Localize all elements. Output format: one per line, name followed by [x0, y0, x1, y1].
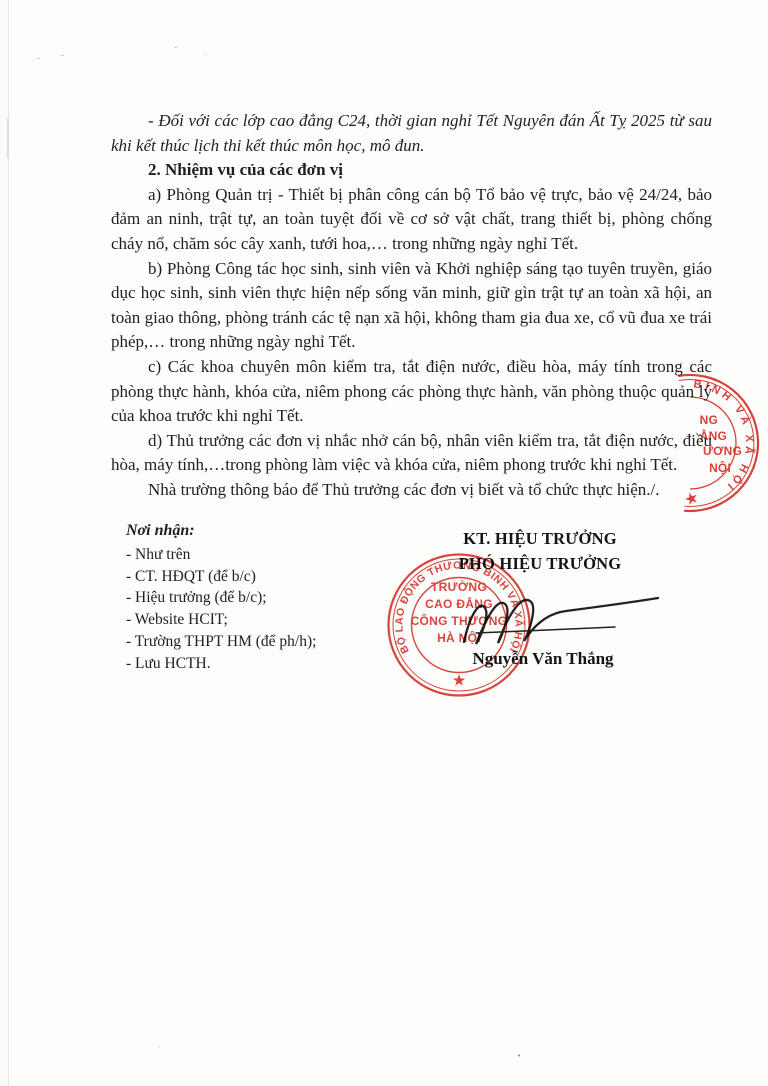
- recipient-item: - Lưu HCTH.: [126, 653, 316, 675]
- recipient-item: - Như trên: [126, 544, 316, 566]
- paragraph-b: b) Phòng Công tác học sinh, sinh viên và…: [111, 257, 712, 355]
- section-heading: 2. Nhiệm vụ của các đơn vị: [111, 158, 712, 183]
- scan-speck: •: [517, 1053, 521, 1060]
- edge-stamp-fragment: NG: [700, 413, 718, 427]
- signer-position-line1: KT. HIỆU TRƯỞNG: [425, 527, 655, 552]
- star-icon: ★: [683, 488, 701, 507]
- edge-stamp-fragment: NỘI: [709, 460, 731, 475]
- recipient-item: - CT. HĐQT (để b/c): [126, 566, 316, 588]
- scan-speck: .: [204, 50, 206, 57]
- scan-edge-artifact: [7, 118, 9, 158]
- recipient-item: - Hiệu trưởng (để b/c);: [126, 587, 316, 609]
- scan-speck: –: [174, 44, 178, 51]
- signer-name: Nguyễn Văn Thắng: [437, 649, 649, 669]
- recipients-label: Nơi nhận:: [126, 520, 316, 542]
- scan-edge-artifact: [0, 0, 9, 1086]
- paragraph-intro: - Đối với các lớp cao đẳng C24, thời gia…: [111, 109, 712, 158]
- edge-stamp-fragment: ƯƠNG: [703, 444, 742, 458]
- star-icon: ★: [453, 672, 466, 688]
- scanned-document-page: .․ ‥ – . · • - Đối với các lớp cao đẳng …: [0, 0, 768, 1086]
- scan-speck: ·: [158, 1044, 160, 1051]
- scan-speck: .․: [36, 54, 41, 61]
- paragraph-a: a) Phòng Quản trị - Thiết bị phân công c…: [111, 183, 712, 257]
- edge-stamp-fragment: ẰNG: [700, 428, 727, 443]
- edge-overlap-stamp: BINH VÀ XÃ HỘI NG ẰNG ƯƠNG NỘI ★: [600, 356, 768, 528]
- scan-speck: ‥: [60, 51, 65, 58]
- recipients-block: Nơi nhận: - Như trên - CT. HĐQT (để b/c)…: [126, 520, 316, 675]
- recipient-item: - Website HCIT;: [126, 609, 316, 631]
- handwritten-signature: [452, 570, 677, 655]
- recipient-item: - Trường THPT HM (để ph/h);: [126, 631, 316, 653]
